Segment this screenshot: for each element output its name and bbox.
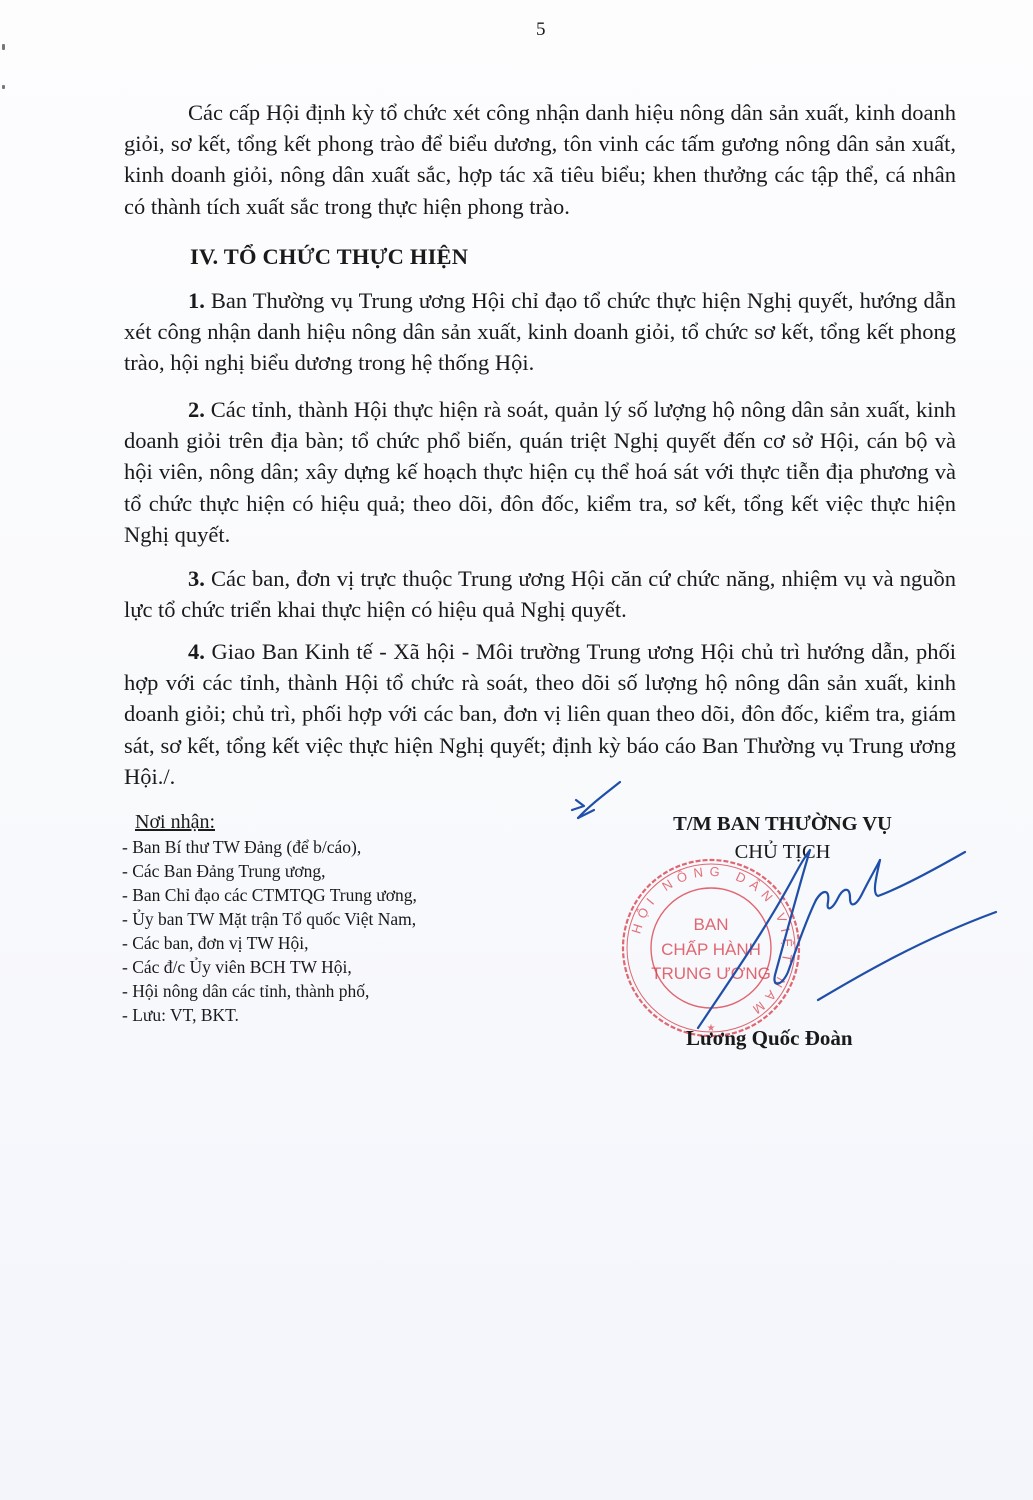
recipient-item: Ủy ban TW Mặt trận Tổ quốc Việt Nam, (122, 907, 417, 931)
stamp-center-line1: BAN (694, 915, 729, 934)
section-item-1: 1. Ban Thường vụ Trung ương Hội chỉ đạo … (124, 285, 956, 379)
item-text: Các tỉnh, thành Hội thực hiện rà soát, q… (124, 397, 956, 547)
recipients-block: Nơi nhận: Ban Bí thư TW Đảng (để b/cáo),… (122, 810, 417, 1027)
intro-text: Các cấp Hội định kỳ tổ chức xét công nhậ… (124, 97, 956, 222)
item-number: 2. (188, 397, 205, 422)
item-text: Giao Ban Kinh tế - Xã hội - Môi trường T… (124, 639, 956, 789)
item-text: Ban Thường vụ Trung ương Hội chỉ đạo tổ … (124, 288, 956, 375)
official-stamp-icon: HỘI NÔNG DÂN VIỆT NAM BAN CHẤP HÀNH TRUN… (618, 855, 804, 1041)
signatory-name: Lương Quốc Đoàn (686, 1026, 853, 1051)
recipient-item: Các ban, đơn vị TW Hội, (122, 931, 417, 955)
section-item-2: 2. Các tỉnh, thành Hội thực hiện rà soát… (124, 394, 956, 550)
recipient-item: Các đ/c Ủy viên BCH TW Hội, (122, 955, 417, 979)
recipient-item: Các Ban Đảng Trung ương, (122, 859, 417, 883)
recipient-item: Lưu: VT, BKT. (122, 1003, 417, 1027)
item-number: 1. (188, 288, 205, 313)
signature-on-behalf: T/M BAN THƯỜNG VỤ (605, 810, 960, 838)
recipients-title: Nơi nhận: (135, 810, 417, 834)
recipient-item: Hội nông dân các tỉnh, thành phố, (122, 979, 417, 1003)
recipients-list: Ban Bí thư TW Đảng (để b/cáo), Các Ban Đ… (122, 835, 417, 1027)
page-number: 5 (536, 19, 546, 41)
recipient-item: Ban Bí thư TW Đảng (để b/cáo), (122, 835, 417, 859)
signature-title: CHỦ TỊCH (605, 838, 960, 866)
stamp-center-line3: TRUNG ƯƠNG (651, 964, 771, 983)
item-text: Các ban, đơn vị trực thuộc Trung ương Hộ… (124, 566, 956, 622)
stamp-center-line2: CHẤP HÀNH (661, 940, 761, 959)
section-item-4: 4. Giao Ban Kinh tế - Xã hội - Môi trườn… (124, 636, 956, 792)
signature-block: T/M BAN THƯỜNG VỤ CHỦ TỊCH (620, 810, 960, 866)
item-number: 4. (188, 639, 205, 664)
section-item-3: 3. Các ban, đơn vị trực thuộc Trung ương… (124, 563, 956, 625)
intro-paragraph: Các cấp Hội định kỳ tổ chức xét công nhậ… (124, 97, 956, 222)
recipient-item: Ban Chỉ đạo các CTMTQG Trung ương, (122, 883, 417, 907)
scan-edge-mark (2, 85, 5, 89)
document-page: 5 Các cấp Hội định kỳ tổ chức xét công n… (0, 0, 1033, 1500)
section-heading: IV. TỔ CHỨC THỰC HIỆN (190, 244, 468, 270)
scan-edge-mark (2, 44, 5, 50)
item-number: 3. (188, 566, 205, 591)
